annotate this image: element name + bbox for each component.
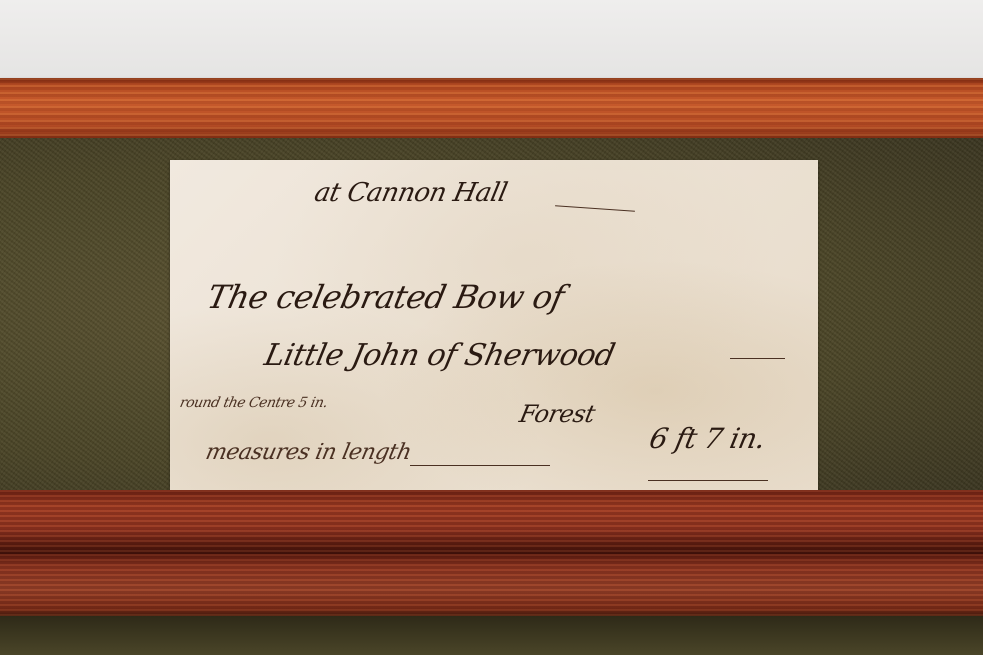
flourish-underline bbox=[555, 205, 635, 212]
label-line-measures: measures in length bbox=[203, 440, 413, 465]
green-felt-bottom bbox=[0, 616, 983, 655]
label-line-circumference: round the Centre 5 in. bbox=[178, 395, 329, 411]
background-wall bbox=[0, 0, 983, 80]
wooden-frame-top-rail bbox=[0, 78, 983, 140]
label-line-title: The celebrated Bow of bbox=[204, 278, 567, 316]
flourish-underline bbox=[648, 480, 768, 481]
label-line-length-value: 6 ft 7 in. bbox=[646, 422, 768, 455]
wooden-frame-lower-rail bbox=[0, 554, 983, 618]
label-line-owner: Little John of Sherwood bbox=[261, 338, 617, 373]
flourish-underline bbox=[410, 465, 550, 466]
wooden-frame-middle-rail bbox=[0, 490, 983, 554]
label-line-location: at Cannon Hall bbox=[312, 178, 510, 208]
flourish-underline bbox=[730, 358, 785, 359]
label-line-forest: Forest bbox=[517, 400, 597, 428]
handwritten-label: at Cannon Hall The celebrated Bow of Lit… bbox=[170, 160, 818, 490]
